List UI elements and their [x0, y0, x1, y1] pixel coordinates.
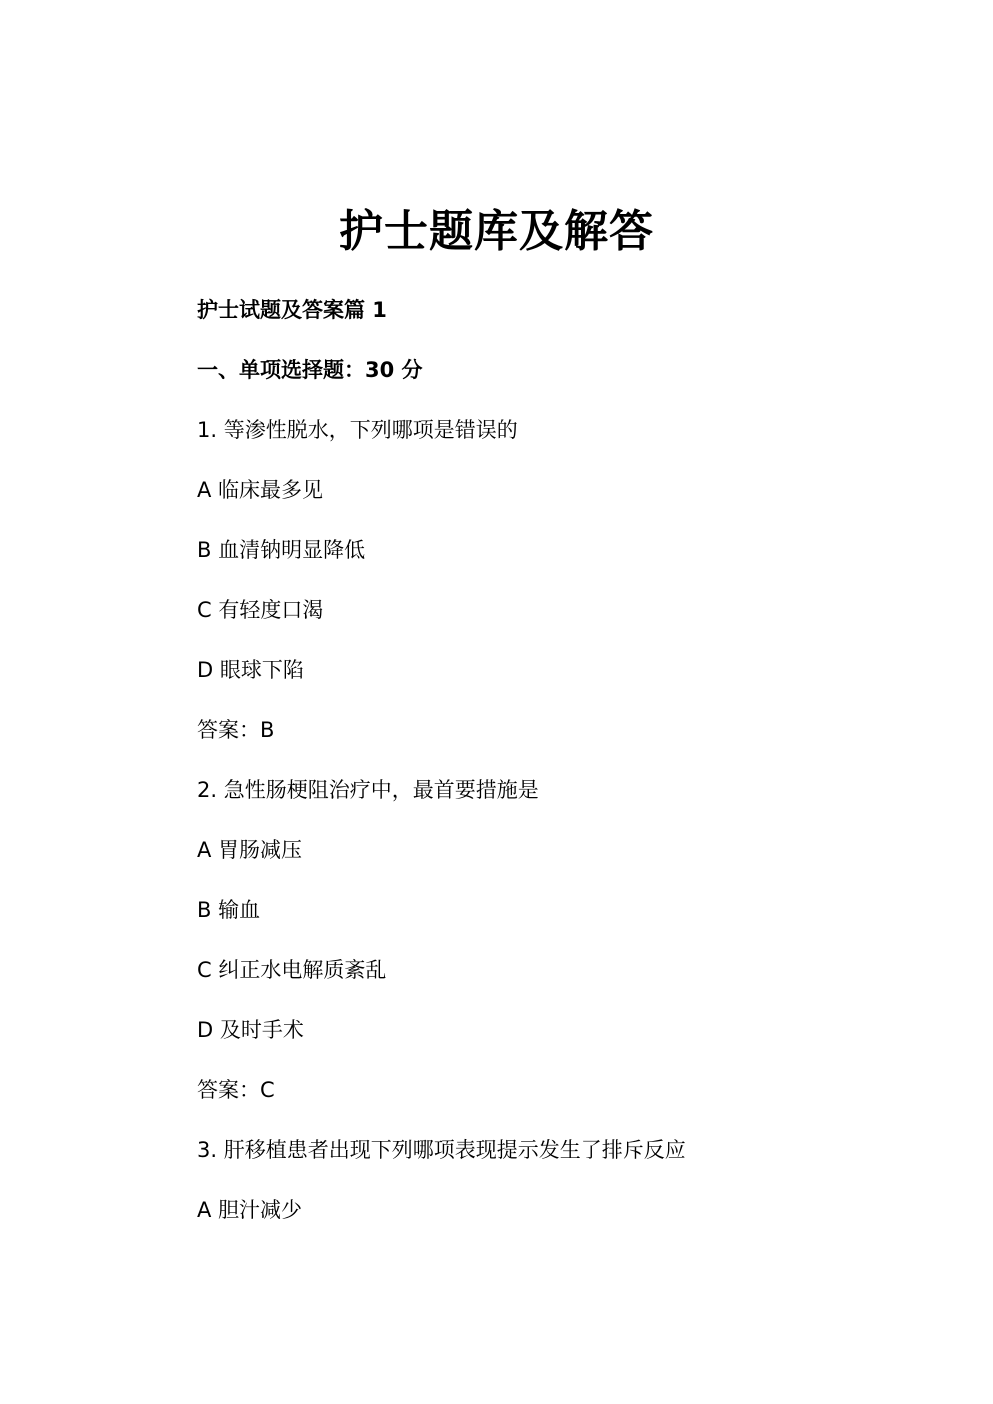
- question-1-stem: 1. 等渗性脱水，下列哪项是错误的: [197, 416, 518, 444]
- question-1-option-b: B 血清钠明显降低: [197, 536, 365, 564]
- question-1-option-d: D 眼球下陷: [197, 656, 304, 684]
- section-heading: 护士试题及答案篇 1: [197, 296, 387, 324]
- question-1-option-a: A 临床最多见: [197, 476, 323, 504]
- question-3-stem: 3. 肝移植患者出现下列哪项表现提示发生了排斥反应: [197, 1136, 686, 1164]
- question-1-answer: 答案：B: [197, 716, 274, 744]
- question-2-stem: 2. 急性肠梗阻治疗中，最首要措施是: [197, 776, 539, 804]
- document-page: 护士题库及解答 护士试题及答案篇 1 一、单项选择题：30 分 1. 等渗性脱水…: [0, 0, 993, 1404]
- part-heading: 一、单项选择题：30 分: [197, 356, 423, 384]
- document-title: 护士题库及解答: [0, 202, 993, 262]
- question-2-option-b: B 输血: [197, 896, 260, 924]
- question-3-option-a: A 胆汁减少: [197, 1196, 302, 1224]
- question-1-option-c: C 有轻度口渴: [197, 596, 323, 624]
- question-2-option-d: D 及时手术: [197, 1016, 304, 1044]
- question-2-option-c: C 纠正水电解质紊乱: [197, 956, 386, 984]
- question-2-option-a: A 胃肠减压: [197, 836, 302, 864]
- question-2-answer: 答案：C: [197, 1076, 275, 1104]
